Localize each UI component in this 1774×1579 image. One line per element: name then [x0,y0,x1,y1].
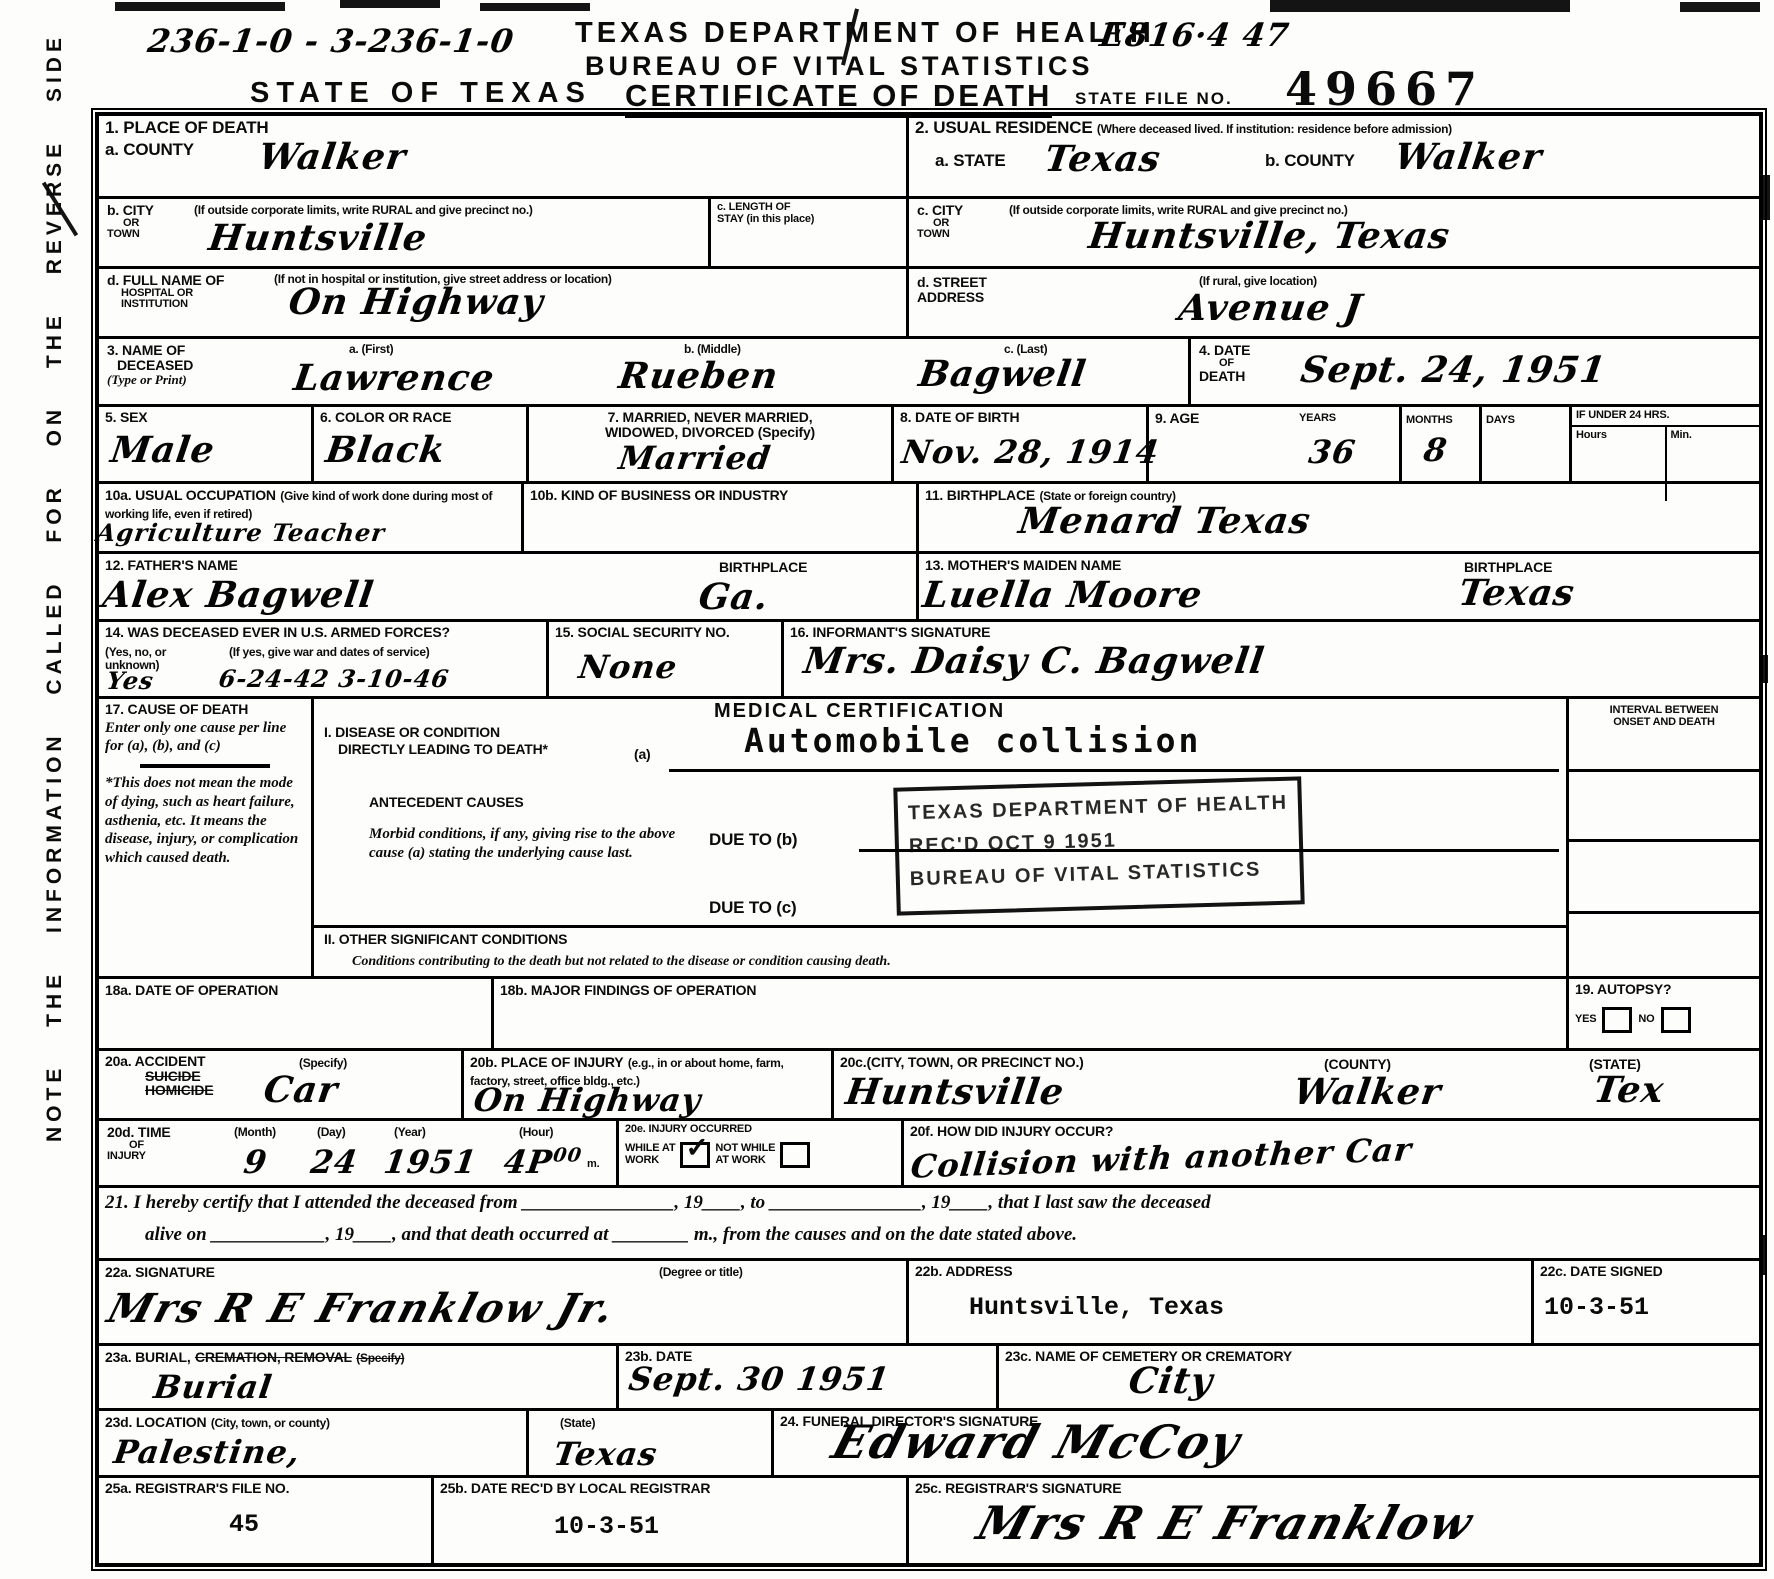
field-street-address: d. STREET ADDRESS (If rural, give locati… [909,269,1759,336]
date-signed-label: 22c. DATE SIGNED [1540,1264,1753,1279]
age-months-value: 8 [1421,431,1450,469]
header-title: TEXAS DEPARTMENT OF HEALTH [575,18,1155,48]
field-interval: INTERVAL BETWEEN ONSET AND DEATH [1569,699,1759,976]
disease-condition-label-1: I. DISEASE OR CONDITION [324,725,500,740]
death-certificate-scan: NOTE THE INFORMATION CALLED FOR ON THE R… [0,0,1774,1579]
field-certification-statement: 21. I hereby certify that I attended the… [99,1188,1759,1258]
armed-forces-label: 14. WAS DECEASED EVER IN U.S. ARMED FORC… [105,625,540,640]
residence-state-label: a. STATE [935,152,1006,170]
usual-residence-note: (Where deceased lived. If institution: r… [1097,122,1452,136]
injury-occurred-label: 20e. INJURY OCCURRED [625,1124,895,1136]
location-note: (City, town, or county) [211,1416,330,1430]
marital-value: Married [616,439,773,477]
cremation-removal-label: CREMATION, REMOVAL [195,1349,352,1365]
street-label-1: d. STREET [917,275,987,290]
field-usual-residence: 2. USUAL RESIDENCE (Where deceased lived… [909,116,1759,196]
injury-state-value: Tex [1591,1069,1667,1111]
while-at-work-label-2: WORK [625,1155,675,1167]
service-dates-value: 6-24-42 3-10-46 [217,664,451,693]
field-hospital: d. FULL NAME OF HOSPITAL OR INSTITUTION … [99,269,909,336]
industry-label: 10b. KIND OF BUSINESS OR INDUSTRY [530,487,788,503]
registrar-signature-label: 25c. REGISTRAR'S SIGNATURE [915,1481,1753,1496]
line-a-label: (a) [634,747,651,762]
antecedent-causes-label: ANTECEDENT CAUSES [369,795,524,810]
form-row: 3. NAME OF DECEASED (Type or Print) a. (… [99,339,1759,407]
middle-name-value: Rueben [616,355,781,397]
field-cause-of-death-notes: 17. CAUSE OF DEATH Enter only one cause … [99,699,314,976]
marital-label-1: 7. MARRIED, NEVER MARRIED, [535,410,885,425]
field-place-of-injury: 20b. PLACE OF INJURY (e.g., in or about … [464,1051,834,1118]
field-place-of-death: 1. PLACE OF DEATH a. COUNTY Walker [99,116,909,196]
form-row: b. CITY OR TOWN (If outside corporate li… [99,199,1759,269]
age-months-label: MONTHS [1406,414,1452,426]
blank-line-b [859,827,1559,852]
funeral-director-signature-value: Edward McCoy [826,1415,1247,1469]
field-occupation: 10a. USUAL OCCUPATION (Give kind of work… [99,484,524,551]
armed-forces-value: Yes [105,666,156,695]
injury-day-value: 24 [308,1143,360,1181]
interval-label-2: ONSET AND DEATH [1569,717,1759,729]
while-at-work-label-1: WHILE AT [625,1143,675,1155]
scan-artifact [1680,2,1760,12]
burial-label: 23a. BURIAL, [105,1349,191,1365]
hospital-label-1: d. FULL NAME OF [107,273,224,288]
form-row: 23d. LOCATION (City, town, or county) Pa… [99,1411,1759,1478]
date-of-death-value: Sept. 24, 1951 [1298,349,1609,391]
name-label-3: (Type or Print) [107,372,193,388]
autopsy-yes-label: YES [1575,1014,1596,1026]
not-while-at-work-checkbox [780,1142,810,1168]
place-of-injury-label: 20b. PLACE OF INJURY [470,1054,623,1070]
interval-line [1569,911,1759,914]
first-name-label: a. (First) [349,343,393,356]
field-ssn: 15. SOCIAL SECURITY NO. None [549,622,784,696]
certify-line-1: 21. I hereby certify that I attended the… [105,1191,1753,1215]
due-to-b-label: DUE TO (b) [709,831,797,849]
field-length-of-stay: c. LENGTH OF STAY (in this place) [711,199,909,266]
scan-artifact [340,0,440,8]
cause-of-death-label: 17. CAUSE OF DEATH [105,702,305,717]
residence-state-value: Texas [1042,138,1164,180]
usual-residence-label: 2. USUAL RESIDENCE [915,118,1092,137]
registrar-file-no-label: 25a. REGISTRAR'S FILE NO. [105,1481,425,1496]
month-label: (Month) [234,1126,276,1139]
residence-city-value: Huntsville, Texas [1086,215,1453,257]
form-row: 22a. SIGNATURE (Degree or title) Mrs R E… [99,1261,1759,1346]
date-received-label: 25b. DATE REC'D BY LOCAL REGISTRAR [440,1481,900,1496]
residence-city-label-1: c. CITY [917,203,963,218]
ssn-value: None [576,648,680,686]
father-name-label: 12. FATHER'S NAME [105,557,238,573]
field-race: 6. COLOR OR RACE Black [314,407,529,481]
degree-title-note: (Degree or title) [659,1266,743,1279]
date-signed-value: 10-3-51 [1544,1293,1649,1322]
residence-county-label: b. COUNTY [1265,152,1355,170]
signature-label: 22a. SIGNATURE [105,1264,215,1280]
city-label-1: b. CITY [107,203,154,218]
ssn-label: 15. SOCIAL SECURITY NO. [555,625,775,640]
hour-digits: 4P [501,1143,555,1181]
field-accident-type: 20a. ACCIDENT SUICIDE HOMICIDE (Specify)… [99,1051,464,1118]
autopsy-no-label: NO [1638,1014,1654,1026]
autopsy-no-checkbox [1661,1007,1691,1033]
dob-value: Nov. 28, 1914 [899,433,1161,471]
field-mother-name: 13. MOTHER'S MAIDEN NAME BIRTHPLACE Luel… [919,554,1759,619]
other-conditions-label: II. OTHER SIGNIFICANT CONDITIONS [324,932,567,947]
registrar-signature-value: Mrs R E Franklow [971,1496,1480,1550]
handwritten-file-code: 236-1-0 - 3-236-1-0 [145,22,516,60]
father-name-value: Alex Bagwell [100,574,377,616]
accident-label: 20a. ACCIDENT [105,1054,455,1069]
field-registrar-file-no: 25a. REGISTRAR'S FILE NO. 45 [99,1478,434,1563]
antecedent-note: Morbid conditions, if any, giving rise t… [369,825,699,863]
autopsy-label: 19. AUTOPSY? [1575,982,1753,997]
injury-county-value: Walker [1291,1071,1444,1113]
city-label-3: TOWN [107,229,154,241]
header-bureau: BUREAU OF VITAL STATISTICS [585,52,1094,80]
field-time-of-injury: 20d. TIME OF INJURY (Month) (Day) (Year)… [99,1121,619,1185]
time-of-injury-label-3: INJURY [107,1151,171,1163]
field-date-of-death: 4. DATE OF DEATH Sept. 24, 1951 [1191,339,1759,404]
date-received-value: 10-3-51 [554,1512,659,1541]
occupation-label: 10a. USUAL OCCUPATION [105,487,276,503]
section-divider [314,925,1566,928]
field-father-name: 12. FATHER'S NAME BIRTHPLACE Alex Bagwel… [99,554,919,619]
other-conditions-note: Conditions contributing to the death but… [352,953,912,971]
first-name-value: Lawrence [291,357,497,399]
dod-label-3: DEATH [1199,369,1250,384]
field-armed-forces: 14. WAS DECEASED EVER IN U.S. ARMED FORC… [99,622,549,696]
father-birthplace-value: Ga. [696,576,772,618]
interval-label-1: INTERVAL BETWEEN [1569,699,1759,717]
disease-condition-label-2: DIRECTLY LEADING TO DEATH* [338,742,548,757]
cemetery-value: City [1126,1360,1216,1402]
place-of-injury-value: On Highway [471,1081,704,1119]
field-burial-location: 23d. LOCATION (City, town, or county) Pa… [99,1411,529,1475]
injury-city-label: 20c.(CITY, TOWN, OR PRECINCT NO.) [840,1054,1084,1070]
scan-artifact [1763,175,1770,220]
handwritten-code: E816·4 47 [1097,16,1292,54]
age-days-label: DAYS [1486,414,1515,426]
form-row: 1. PLACE OF DEATH a. COUNTY Walker 2. US… [99,116,1759,199]
father-birthplace-label: BIRTHPLACE [719,560,807,575]
informant-label: 16. INFORMANT'S SIGNATURE [790,625,1753,640]
state-file-number: 49667 [1285,62,1485,116]
age-days-cell: DAYS [1479,407,1569,481]
divider [140,764,270,768]
injury-county-label: (COUNTY) [1324,1057,1391,1072]
hour-sup: 00 [552,1143,584,1166]
day-label: (Day) [317,1126,346,1139]
field-cemetery: 23c. NAME OF CEMETERY OR CREMATORY City [999,1346,1759,1408]
form-row: 20d. TIME OF INJURY (Month) (Day) (Year)… [99,1121,1759,1188]
field-how-injury-occurred: 20f. HOW DID INJURY OCCUR? Collision wit… [904,1121,1759,1185]
field-injury-occurred: 20e. INJURY OCCURRED WHILE AT WORK ✓ NOT… [619,1121,904,1185]
injury-city-value: Huntsville [843,1071,1067,1113]
form-row: d. FULL NAME OF HOSPITAL OR INSTITUTION … [99,269,1759,339]
date-of-operation-label: 18a. DATE OF OPERATION [105,982,278,998]
scan-artifact [480,3,590,11]
length-of-stay-label2: STAY (in this place) [717,214,900,226]
field-date-signed: 22c. DATE SIGNED 10-3-51 [1534,1261,1759,1343]
burial-date-value: Sept. 30 1951 [626,1360,892,1398]
physician-address-value: Huntsville, Texas [969,1293,1224,1322]
city-of-death-value: Huntsville [206,217,430,259]
interval-line [1569,769,1759,772]
form-row: 12. FATHER'S NAME BIRTHPLACE Alex Bagwel… [99,554,1759,622]
year-label: (Year) [394,1126,426,1139]
while-at-work-checkbox: ✓ [680,1142,710,1168]
field-age: 9. AGE YEARS 36 MONTHS 8 DAYS IF UNDER 2… [1149,407,1759,481]
field-burial-state: (State) Texas [529,1411,774,1475]
residence-city-label-3: TOWN [917,229,963,241]
checkmark: ✓ [685,1131,708,1164]
form-row: 25a. REGISTRAR'S FILE NO. 45 25b. DATE R… [99,1478,1759,1563]
interval-line [1569,839,1759,842]
physician-signature-value: Mrs R E Franklow Jr. [102,1285,621,1332]
race-value: Black [323,429,448,471]
form-row: 10a. USUAL OCCUPATION (Give kind of work… [99,484,1759,554]
state-of-texas: STATE OF TEXAS [250,78,592,108]
m-label: m. [587,1159,599,1171]
field-residence-city: c. CITY OR TOWN (If outside corporate li… [909,199,1759,266]
birthplace-value: Menard Texas [1016,500,1313,542]
autopsy-yes-checkbox [1602,1007,1632,1033]
city-note: (If outside corporate limits, write RURA… [194,204,614,217]
age-label: 9. AGE [1155,410,1199,426]
residence-county-value: Walker [1392,136,1545,178]
field-date-received: 25b. DATE REC'D BY LOCAL REGISTRAR 10-3-… [434,1478,909,1563]
field-sex: 5. SEX Male [99,407,314,481]
hour-label: (Hour) [519,1126,553,1139]
injury-month-value: 9 [241,1143,270,1181]
field-marital-status: 7. MARRIED, NEVER MARRIED, WIDOWED, DIVO… [529,407,894,481]
form-row: 14. WAS DECEASED EVER IN U.S. ARMED FORC… [99,622,1759,699]
field-funeral-director: 24. FUNERAL DIRECTOR'S SIGNATURE Edward … [774,1411,1759,1475]
burial-state-label: (State) [535,1417,595,1430]
form-row: 18a. DATE OF OPERATION 18b. MAJOR FINDIN… [99,979,1759,1051]
certify-line-2: alive on ____________, 19____, and that … [105,1223,1753,1247]
age-years-label: YEARS [1299,413,1336,425]
medical-certification-area: MEDICAL CERTIFICATION I. DISEASE OR COND… [314,699,1569,976]
registrar-file-no-value: 45 [229,1510,259,1539]
form-row: 21. I hereby certify that I attended the… [99,1188,1759,1261]
dod-label-1: 4. DATE [1199,343,1250,358]
street-address-value: Avenue J [1176,287,1365,329]
field-name-of-deceased: 3. NAME OF DECEASED (Type or Print) a. (… [99,339,1191,404]
field-burial-date: 23b. DATE Sept. 30 1951 [619,1346,999,1408]
field-birthplace: 11. BIRTHPLACE (State or foreign country… [919,484,1759,551]
not-while-at-work-label-1: NOT WHILE [715,1143,775,1155]
race-label: 6. COLOR OR RACE [320,410,520,425]
address-label: 22b. ADDRESS [915,1264,1525,1279]
certificate-form: 1. PLACE OF DEATH a. COUNTY Walker 2. US… [95,112,1763,1567]
medical-certification-title: MEDICAL CERTIFICATION [714,701,1005,722]
not-while-at-work-label-2: AT WORK [715,1155,775,1167]
sex-label: 5. SEX [105,410,305,425]
injury-year-value: 1951 [381,1143,479,1181]
field-operation-findings: 18b. MAJOR FINDINGS OF OPERATION [494,979,1569,1048]
mother-name-value: Luella Moore [920,574,1205,616]
due-to-c-label: DUE TO (c) [709,899,796,917]
age-years-value: 36 [1306,433,1358,471]
name-label-2: DECEASED [107,358,193,373]
field-physician-signature: 22a. SIGNATURE (Degree or title) Mrs R E… [99,1261,909,1343]
field-date-of-birth: 8. DATE OF BIRTH Nov. 28, 1914 [894,407,1149,481]
age-years-cell: 9. AGE YEARS 36 [1149,407,1399,481]
mother-name-label: 13. MOTHER'S MAIDEN NAME [925,557,1121,573]
field-registrar-signature: 25c. REGISTRAR'S SIGNATURE Mrs R E Frank… [909,1478,1759,1563]
county-value: Walker [256,136,409,178]
name-label-1: 3. NAME OF [107,343,193,358]
informant-signature-value: Mrs. Daisy C. Bagwell [801,640,1267,682]
field-informant: 16. INFORMANT'S SIGNATURE Mrs. Daisy C. … [784,622,1759,696]
cemetery-label: 23c. NAME OF CEMETERY OR CREMATORY [1005,1349,1753,1364]
mother-birthplace-value: Texas [1456,572,1578,614]
form-row: 23a. BURIAL, CREMATION, REMOVAL (Specify… [99,1346,1759,1411]
age-under24-label: IF UNDER 24 HRS. [1572,407,1759,425]
form-row: 20a. ACCIDENT SUICIDE HOMICIDE (Specify)… [99,1051,1759,1121]
hospital-label-3: INSTITUTION [107,299,224,311]
accident-type-value: Car [261,1069,341,1111]
age-under24-cell: IF UNDER 24 HRS. Hours Min. [1569,407,1759,481]
cause-note-1: Enter only one cause per line for (a), (… [105,719,305,757]
field-physician-address: 22b. ADDRESS Huntsville, Texas [909,1261,1534,1343]
age-months-cell: MONTHS 8 [1399,407,1479,481]
location-label: 23d. LOCATION [105,1414,206,1430]
county-label: a. COUNTY [105,140,194,159]
occupation-value: Agriculture Teacher [95,518,387,547]
scan-artifact [115,2,285,11]
field-burial: 23a. BURIAL, CREMATION, REMOVAL (Specify… [99,1346,619,1408]
birthplace-label: 11. BIRTHPLACE [925,487,1035,503]
field-industry: 10b. KIND OF BUSINESS OR INDUSTRY [524,484,919,551]
reverse-side-note: NOTE THE INFORMATION CALLED FOR ON THE R… [43,282,67,1142]
field-date-of-operation: 18a. DATE OF OPERATION [99,979,494,1048]
burial-location-value: Palestine, [111,1433,303,1471]
armed-forces-note2: (If yes, give war and dates of service) [229,646,479,659]
medical-certification-block: 17. CAUSE OF DEATH Enter only one cause … [99,699,1759,979]
marital-label-2: WIDOWED, DIVORCED (Specify) [535,425,885,440]
cause-a-value: Automobile collision [744,721,1201,760]
cause-note-2: *This does not mean the mode of dying, s… [105,774,305,868]
field-injury-location: 20c.(CITY, TOWN, OR PRECINCT NO.) (COUNT… [834,1051,1759,1118]
last-name-value: Bagwell [916,353,1089,395]
operation-findings-label: 18b. MAJOR FINDINGS OF OPERATION [500,982,756,998]
injury-hour-value: 4P00 [501,1143,583,1181]
length-of-stay-label: c. LENGTH OF [717,202,900,214]
burial-value: Burial [151,1368,275,1406]
dob-label: 8. DATE OF BIRTH [900,410,1140,425]
street-label-2: ADDRESS [917,290,987,305]
burial-specify-note: (Specify) [356,1351,404,1365]
field-autopsy: 19. AUTOPSY? YES NO [1569,979,1759,1048]
form-row: 5. SEX Male 6. COLOR OR RACE Black 7. MA… [99,407,1759,484]
scan-artifact [1270,0,1570,12]
state-file-no-label: STATE FILE NO. [1075,90,1233,108]
time-of-injury-label-1: 20d. TIME [107,1125,171,1140]
sex-value: Male [108,429,218,471]
burial-state-value: Texas [551,1435,660,1473]
field-city-of-death: b. CITY OR TOWN (If outside corporate li… [99,199,711,266]
place-of-death-label: 1. PLACE OF DEATH [105,119,900,137]
hospital-value: On Highway [286,281,546,323]
